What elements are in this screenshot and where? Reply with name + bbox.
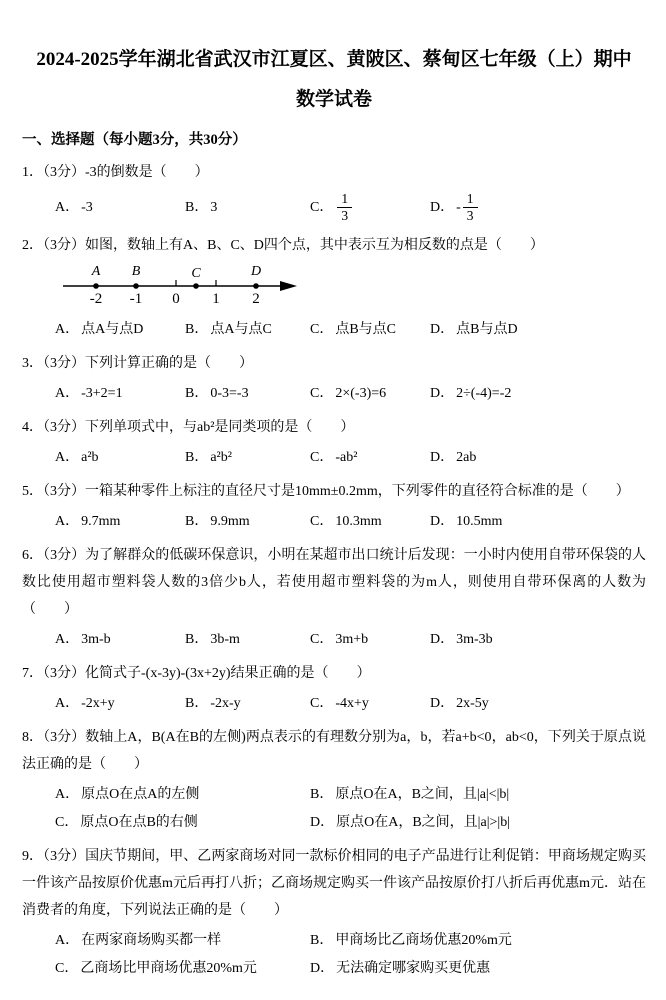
option-text: 3m-b	[81, 632, 111, 647]
option-a: A．在两家商场购买都一样	[55, 930, 310, 952]
option-b: B．原点O在A，B之间，且|a|<|b|	[310, 784, 509, 806]
tick-label-neg2: -2	[90, 291, 103, 307]
question-stem: 1．（3分）-3的倒数是（ ）	[22, 159, 646, 186]
fraction-denominator: 3	[463, 208, 478, 223]
option-text: 10.5mm	[456, 514, 502, 529]
question-stem: 6．（3分）为了解群众的低碳环保意识，小明在某超市出口统计后发现：一小时内使用自…	[22, 542, 646, 623]
fraction-sign: -	[456, 200, 461, 215]
option-text: 点B与点D	[456, 322, 517, 337]
option-text: a²b	[81, 450, 98, 465]
question-9: 9．（3分）国庆节期间，甲、乙两家商场对同一款标价相同的电子产品进行让利促销：甲…	[22, 843, 646, 980]
option-b: B．3	[185, 197, 310, 219]
point-dot-b	[133, 284, 139, 290]
point-dot-d	[253, 284, 259, 290]
option-c: C．3m+b	[310, 629, 430, 651]
point-label-c: C	[191, 266, 201, 281]
fraction-denominator: 3	[337, 208, 352, 223]
option-d: D．2ab	[430, 447, 476, 469]
option-text: -2x+y	[81, 696, 115, 711]
option-text: -2x-y	[210, 696, 240, 711]
question-8: 8．（3分）数轴上A，B(A在B的左侧)两点表示的有理数分别为a，b，若a+b<…	[22, 724, 646, 834]
option-text: 3m-3b	[456, 632, 493, 647]
option-d: D．原点O在A，B之间，且|a|>|b|	[310, 812, 510, 834]
option-a: A．a²b	[55, 447, 185, 469]
option-d: D．3m-3b	[430, 629, 493, 651]
question-4: 4．（3分）下列单项式中，与ab²是同类项的是（ ） A．a²b B．a²b² …	[22, 414, 646, 469]
option-text: 原点O在A，B之间，且|a|<|b|	[335, 787, 509, 802]
option-d: D．点B与点D	[430, 319, 518, 341]
option-text: 3m+b	[335, 632, 368, 647]
exam-title: 2024-2025学年湖北省武汉市江夏区、黄陂区、蔡甸区七年级（上）期中 数学试…	[22, 40, 646, 120]
option-a: A．-3+2=1	[55, 383, 185, 405]
option-c: C．-4x+y	[310, 693, 430, 715]
question-options-row2: C．原点O在点B的右侧 D．原点O在A，B之间，且|a|>|b|	[22, 812, 646, 834]
option-text: 甲商场比乙商场优惠20%m元	[335, 933, 512, 948]
question-stem: 4．（3分）下列单项式中，与ab²是同类项的是（ ）	[22, 414, 646, 441]
option-b: B．3b-m	[185, 629, 310, 651]
question-options: A．点A与点D B．点A与点C C．点B与点C D．点B与点D	[22, 319, 646, 341]
option-text: -4x+y	[335, 696, 369, 711]
question-options: A．3m-b B．3b-m C．3m+b D．3m-3b	[22, 629, 646, 651]
question-options: A．-2x+y B．-2x-y C．-4x+y D．2x-5y	[22, 693, 646, 715]
option-b: B．a²b²	[185, 447, 310, 469]
option-text: 无法确定哪家购买更优惠	[336, 961, 490, 976]
option-text: 3b-m	[210, 632, 240, 647]
axis-arrowhead	[280, 281, 297, 291]
option-c: C．2×(-3)=6	[310, 383, 430, 405]
point-label-b: B	[132, 264, 141, 279]
option-d: D．-13	[430, 192, 478, 223]
question-options: A．-3 B．3 C．13 D．-13	[22, 192, 646, 223]
option-c: C．乙商场比甲商场优惠20%m元	[55, 958, 310, 980]
question-options-row2: C．乙商场比甲商场优惠20%m元 D．无法确定哪家购买更优惠	[22, 958, 646, 980]
exam-title-line2: 数学试卷	[22, 80, 646, 120]
option-c: C．13	[310, 192, 430, 223]
question-options: A．9.7mm B．9.9mm C．10.3mm D．10.5mm	[22, 511, 646, 533]
option-b: B．0-3=-3	[185, 383, 310, 405]
option-text: 0-3=-3	[210, 386, 248, 401]
option-text: -ab²	[335, 450, 357, 465]
question-stem: 9．（3分）国庆节期间，甲、乙两家商场对同一款标价相同的电子产品进行让利促销：甲…	[22, 843, 646, 924]
option-text: 2x-5y	[456, 696, 489, 711]
question-options: A．a²b B．a²b² C．-ab² D．2ab	[22, 447, 646, 469]
question-options-row1: A．原点O在点A的左侧 B．原点O在A，B之间，且|a|<|b|	[22, 784, 646, 806]
option-b: B．甲商场比乙商场优惠20%m元	[310, 930, 512, 952]
fraction: 13	[337, 192, 352, 223]
option-text: -3	[81, 200, 93, 215]
option-text: 原点O在点A的左侧	[81, 787, 199, 802]
question-3: 3．（3分）下列计算正确的是（ ） A．-3+2=1 B．0-3=-3 C．2×…	[22, 350, 646, 405]
option-text: 3	[210, 200, 217, 215]
question-stem: 2．（3分）如图，数轴上有A、B、C、D四个点，其中表示互为相反数的点是（ ）	[22, 232, 646, 259]
question-options-row1: A．在两家商场购买都一样 B．甲商场比乙商场优惠20%m元	[22, 930, 646, 952]
number-line-svg: A B C D -2 -1 0 1 2	[60, 262, 302, 308]
option-b: B．-2x-y	[185, 693, 310, 715]
section-heading: 一、选择题（每小题3分，共30分）	[22, 130, 646, 150]
option-a: A．9.7mm	[55, 511, 185, 533]
exam-page: 2024-2025学年湖北省武汉市江夏区、黄陂区、蔡甸区七年级（上）期中 数学试…	[0, 0, 666, 1000]
option-text: 乙商场比甲商场优惠20%m元	[80, 961, 257, 976]
question-stem: 3．（3分）下列计算正确的是（ ）	[22, 350, 646, 377]
option-text: 原点O在点B的右侧	[80, 815, 197, 830]
option-c: C．-ab²	[310, 447, 430, 469]
point-dot-c	[193, 284, 199, 290]
fraction-numerator: 1	[463, 192, 478, 208]
option-a: A．-2x+y	[55, 693, 185, 715]
exam-title-line1: 2024-2025学年湖北省武汉市江夏区、黄陂区、蔡甸区七年级（上）期中	[22, 40, 646, 80]
option-d: D．无法确定哪家购买更优惠	[310, 958, 490, 980]
point-dot-a	[93, 284, 99, 290]
option-c: C．点B与点C	[310, 319, 430, 341]
option-c: C．原点O在点B的右侧	[55, 812, 310, 834]
option-text: 2×(-3)=6	[335, 386, 386, 401]
tick-label-neg1: -1	[130, 291, 143, 307]
option-a: A．点A与点D	[55, 319, 185, 341]
option-b: B．点A与点C	[185, 319, 310, 341]
tick-label-1: 1	[212, 291, 220, 307]
fraction: 13	[463, 192, 478, 223]
option-text: 2ab	[456, 450, 476, 465]
point-label-a: A	[91, 264, 101, 279]
option-text: 在两家商场购买都一样	[81, 933, 221, 948]
option-text: 点B与点C	[335, 322, 396, 337]
question-2: 2．（3分）如图，数轴上有A、B、C、D四个点，其中表示互为相反数的点是（ ） …	[22, 232, 646, 341]
option-d: D．2x-5y	[430, 693, 489, 715]
option-d: D．2÷(-4)=-2	[430, 383, 511, 405]
question-1: 1．（3分）-3的倒数是（ ） A．-3 B．3 C．13 D．-13	[22, 159, 646, 223]
number-line-figure: A B C D -2 -1 0 1 2	[60, 262, 646, 313]
question-7: 7．（3分）化简式子-(x-3y)-(3x+2y)结果正确的是（ ） A．-2x…	[22, 660, 646, 715]
point-label-d: D	[250, 264, 261, 279]
fraction-numerator: 1	[337, 192, 352, 208]
option-text: 原点O在A，B之间，且|a|>|b|	[336, 815, 510, 830]
option-a: A．3m-b	[55, 629, 185, 651]
option-text: 9.9mm	[210, 514, 249, 529]
tick-label-2: 2	[252, 291, 260, 307]
option-text: 点A与点C	[210, 322, 271, 337]
option-text: a²b²	[210, 450, 232, 465]
option-b: B．9.9mm	[185, 511, 310, 533]
option-text: 9.7mm	[81, 514, 120, 529]
question-stem: 8．（3分）数轴上A，B(A在B的左侧)两点表示的有理数分别为a，b，若a+b<…	[22, 724, 646, 778]
option-text: 10.3mm	[335, 514, 381, 529]
option-c: C．10.3mm	[310, 511, 430, 533]
question-options: A．-3+2=1 B．0-3=-3 C．2×(-3)=6 D．2÷(-4)=-2	[22, 383, 646, 405]
option-text: 点A与点D	[81, 322, 143, 337]
question-stem: 5．（3分）一箱某种零件上标注的直径尺寸是10mm±0.2mm，下列零件的直径符…	[22, 478, 646, 505]
option-text: -3+2=1	[81, 386, 122, 401]
question-stem: 7．（3分）化简式子-(x-3y)-(3x+2y)结果正确的是（ ）	[22, 660, 646, 687]
question-5: 5．（3分）一箱某种零件上标注的直径尺寸是10mm±0.2mm，下列零件的直径符…	[22, 478, 646, 533]
option-a: A．-3	[55, 197, 185, 219]
option-a: A．原点O在点A的左侧	[55, 784, 310, 806]
question-6: 6．（3分）为了解群众的低碳环保意识，小明在某超市出口统计后发现：一小时内使用自…	[22, 542, 646, 651]
option-text: 2÷(-4)=-2	[456, 386, 511, 401]
option-d: D．10.5mm	[430, 511, 502, 533]
tick-label-0: 0	[172, 291, 180, 307]
